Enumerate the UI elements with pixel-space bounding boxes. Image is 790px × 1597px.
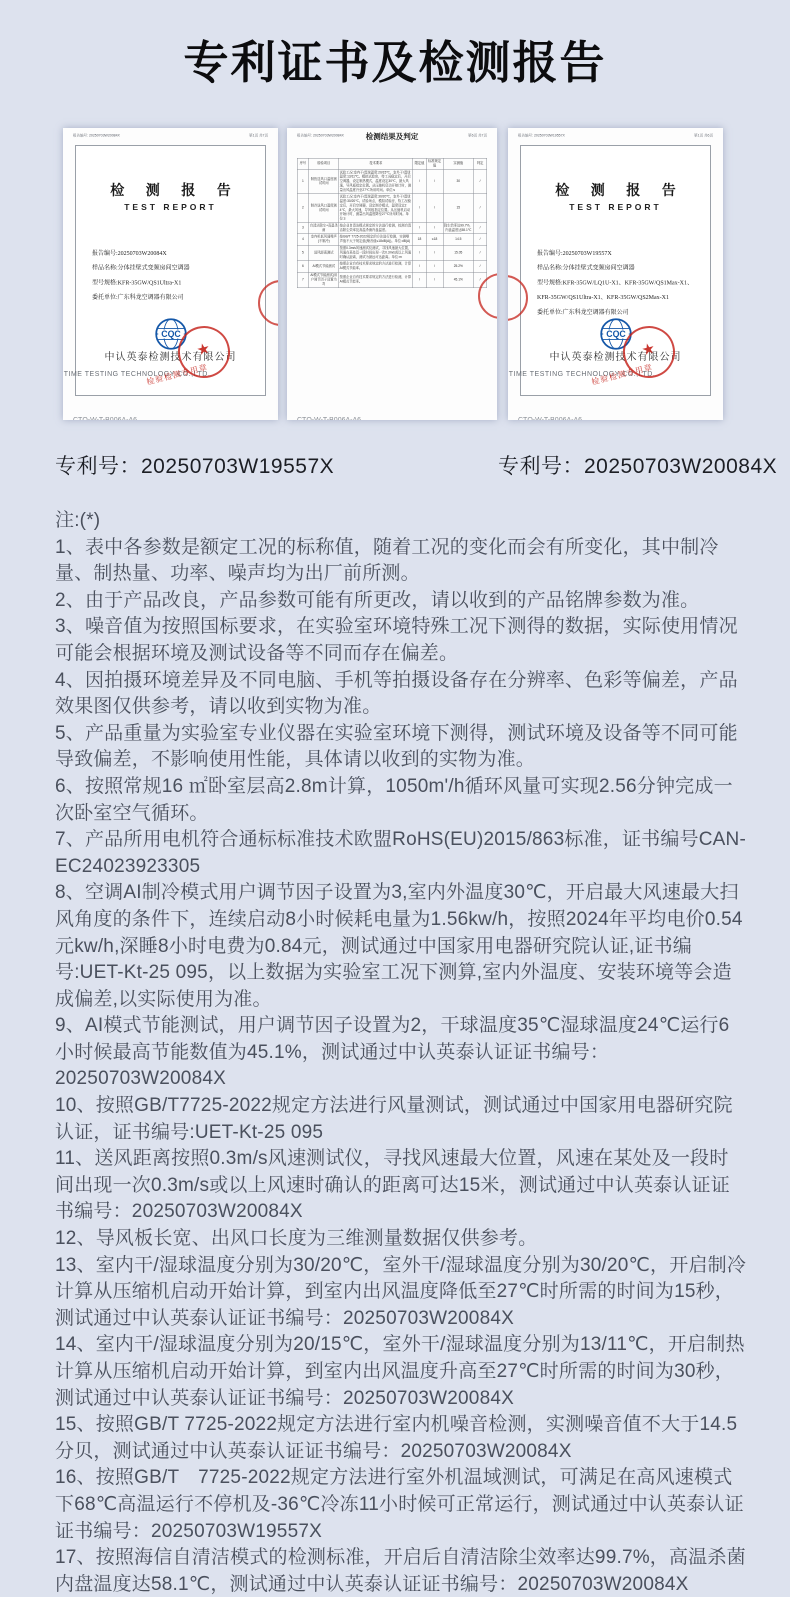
table-cell: 试验工况:室内干/湿球温度:30/20℃，室外干/湿球温度:30/20℃。试验场… <box>339 194 413 223</box>
report-inner-frame: 检 测 报 告 TEST REPORT 报告编号:20250703W19557X… <box>520 145 711 396</box>
table-cell: / <box>426 194 443 223</box>
note-item: 15、按照GB/T 7725-2022规定方法进行室内机噪音检测，实测噪音值不大… <box>55 1412 747 1465</box>
table-cell: 25.2% <box>443 261 473 272</box>
report-template-code: CTQ-W-T-B006A-A6 <box>518 417 582 420</box>
report-field-number: 报告编号:20250703W20084X <box>92 246 261 261</box>
table-cell: 按照0.3m/s风速测试仪测试，寻找风速最大位置，风速在某处及一段时间出现一次0… <box>339 245 413 261</box>
patent-number-left: 专利号：20250703W19557X <box>55 450 334 480</box>
note-item: 17、按照海信自清洁模式的检测标准，开启后自清洁除尘效率达99.7%，高温杀菌内… <box>55 1545 747 1597</box>
table-cell: / <box>426 170 443 194</box>
test-report-cover-image-2[interactable]: 报告编号: 20250703W19557X 第1页 共6页 检 测 报 告 TE… <box>508 128 723 420</box>
column-header: 限定值 <box>413 158 426 169</box>
column-header: 实测值 <box>443 158 473 169</box>
column-header: 标准规定值 <box>426 158 443 169</box>
result-table-body: 1制热送风口温度测试时间试验工况:室内干/湿球温度:20/15℃，室外干/湿球温… <box>297 170 487 288</box>
report-field-number: 报告编号:20250703W19557X <box>537 246 706 261</box>
report-field-model: 型号规格:KFR-35GW/QS1Ultra-X1 <box>92 275 261 290</box>
note-item: 13、室内干/湿球温度分别为30/20℃，室外干/湿球温度分别为30/20℃，开… <box>55 1253 747 1333</box>
table-cell: 按GB/T 7725-2022规定的方法进行检测，实测噪声值不大于规定值(噪音值… <box>339 234 413 245</box>
note-item: 14、室内干/湿球温度分别为20/15℃，室外干/湿球温度分别为13/11℃，开… <box>55 1332 747 1412</box>
test-result-table-image[interactable]: 报告编号: 20250703W20084X 第6页 共7页 检测结果及判定 序号… <box>287 128 497 420</box>
table-cell: / <box>413 245 426 261</box>
note-item: 10、按照GB/T7725-2022规定方法进行风量测试，测试通过中国家用电器研… <box>55 1093 747 1146</box>
report-number-header: 报告编号: 20250703W20084X <box>297 133 344 138</box>
notes-section: 注:(*) 1、表中各参数是额定工况的标称值，随着工况的变化而会有所变化，其中制… <box>55 508 747 1597</box>
note-item: 16、按照GB/T 7725-2022规定方法进行室外机温域测试，可满足在高风速… <box>55 1465 747 1545</box>
table-row: 4室内机低风速噪声(不制冷)按GB/T 7725-2022规定的方法进行检测，实… <box>297 234 487 245</box>
table-cell: / <box>413 170 426 194</box>
table-cell: AI模式节能测试 <box>309 261 339 272</box>
table-cell: 2 <box>297 194 308 223</box>
table-cell: 送风距离测试 <box>309 245 339 261</box>
report-field-sample: 样品名称:分体挂壁式变频房间空调器 <box>537 261 706 276</box>
table-cell: 18 <box>413 234 426 245</box>
note-item: 9、AI模式节能测试，用户调节因子设置为2，干球温度35℃湿球温度24℃运行6小… <box>55 1013 747 1093</box>
svg-text:CQC: CQC <box>161 329 181 339</box>
note-item: 3、噪音值为按照国标要求，在实验室环境特殊工况下测得的数据，实际使用情况可能会根… <box>55 614 747 667</box>
table-cell: 制冷送风口温度测试时间 <box>309 194 339 223</box>
table-cell: 1 <box>297 170 308 194</box>
table-cell: / <box>473 194 486 223</box>
report-title-cn: 检 测 报 告 <box>521 180 710 200</box>
svg-text:CQC: CQC <box>606 329 626 339</box>
patent-number-row: 专利号：20250703W19557X 专利号：20250703W20084X <box>0 450 790 480</box>
report-number-header: 报告编号: 20250703W19557X <box>518 133 565 138</box>
notes-heading: 注:(*) <box>55 508 747 535</box>
report-page-header: 报告编号: 20250703W20084X 第6页 共7页 <box>297 133 487 145</box>
table-cell: 自清洁除尘+高温杀菌 <box>309 223 339 234</box>
note-item: 12、导风板长宽、出风口长度为三维测量数据仅供参考。 <box>55 1226 747 1253</box>
table-cell: 15 <box>443 194 473 223</box>
column-header: 检验项目 <box>309 158 339 169</box>
note-item: 5、产品重量为实验室专业仪器在实验室环境下测得，测试环境及设备等不同可能导致偏差… <box>55 721 747 774</box>
column-header: 序号 <box>297 158 308 169</box>
table-cell: / <box>413 194 426 223</box>
note-item: 6、按照常规16 ㎡卧室层高2.8m计算，1050m'/h循环风量可实现2.56… <box>55 774 747 827</box>
table-cell: / <box>473 223 486 234</box>
report-field-client: 委托单位:广东科龙空调器有限公司 <box>92 290 261 305</box>
note-item: 7、产品所用电机符合通标标准技术欧盟RoHS(EU)2015/863标准，证书编… <box>55 827 747 880</box>
table-cell: 按企业自清洁模式规定的方法进行检测，检测自清洁除尘效率及高温杀菌内盘温度。 <box>339 223 413 234</box>
report-field-sample: 样品名称:分体挂壁式变频房间空调器 <box>92 261 261 276</box>
table-cell: 15.05 <box>443 245 473 261</box>
table-cell: ≤18 <box>426 234 443 245</box>
report-inner-frame: 检 测 报 告 TEST REPORT 报告编号:20250703W20084X… <box>75 145 266 396</box>
table-cell: 制热送风口温度测试时间 <box>309 170 339 194</box>
table-row: 5送风距离测试按照0.3m/s风速测试仪测试，寻找风速最大位置，风速在某处及一段… <box>297 245 487 261</box>
table-cell: 7 <box>297 272 308 288</box>
table-cell: / <box>473 170 486 194</box>
table-cell: 按照企业自有技术要求规定的方法进行检测，计算AI模式节能率。 <box>339 272 413 288</box>
table-row: 3自清洁除尘+高温杀菌按企业自清洁模式规定的方法进行检测，检测自清洁除尘效率及高… <box>297 223 487 234</box>
report-field-model: 型号规格:KFR-35GW/LQ1U-X1、KFR-35GW/QS1Max-X1… <box>537 275 706 304</box>
table-cell: / <box>426 261 443 272</box>
table-cell: / <box>473 245 486 261</box>
result-table-header-row: 序号检验项目技术要求限定值标准规定值实测值判定 <box>297 158 487 169</box>
patent-number-right: 专利号：20250703W20084X <box>498 450 777 480</box>
table-cell: 30 <box>443 170 473 194</box>
report-page-indicator: 第1页 共7页 <box>249 133 268 138</box>
table-cell: 除尘效率达99.7%，内盘温度达58.1℃ <box>443 223 473 234</box>
column-header: 技术要求 <box>339 158 413 169</box>
table-row: 2制冷送风口温度测试时间试验工况:室内干/湿球温度:30/20℃，室外干/湿球温… <box>297 194 487 223</box>
report-title-cn: 检 测 报 告 <box>76 180 265 200</box>
note-item: 1、表中各参数是额定工况的标称值，随着工况的变化而会有所变化，其中制冷量、制热量… <box>55 535 747 588</box>
report-page-indicator: 第1页 共6页 <box>694 133 713 138</box>
table-cell: 4 <box>297 234 308 245</box>
table-cell: / <box>426 245 443 261</box>
note-item: 2、由于产品改良，产品参数可能有所更改，请以收到的产品铭牌参数为准。 <box>55 588 747 615</box>
table-cell: 按照企业自有技术要求规定的方法进行检测，计算AI模式节能率。 <box>339 261 413 272</box>
table-cell: 14.5 <box>443 234 473 245</box>
table-row: 1制热送风口温度测试时间试验工况:室内干/湿球温度:20/15℃，室外干/湿球温… <box>297 170 487 194</box>
note-item: 11、送风距离按照0.3m/s风速测试仪，寻找风速最大位置，风速在某处及一段时间… <box>55 1146 747 1226</box>
table-cell: 45.1% <box>443 272 473 288</box>
table-cell: 6 <box>297 261 308 272</box>
report-page-header: 报告编号: 20250703W19557X 第1页 共6页 <box>518 133 713 145</box>
report-page-header: 报告编号: 20250703W20084X 第1页 共7页 <box>73 133 268 145</box>
table-cell: / <box>473 261 486 272</box>
report-number-header: 报告编号: 20250703W20084X <box>73 133 120 138</box>
report-page-indicator: 第6页 共7页 <box>468 133 487 138</box>
page-title: 专利证书及检测报告 <box>0 26 790 91</box>
report-template-code: CTQ-W-T-B006A-A6 <box>297 417 361 420</box>
result-table: 序号检验项目技术要求限定值标准规定值实测值判定 1制热送风口温度测试时间试验工况… <box>297 158 487 288</box>
table-cell: 5 <box>297 245 308 261</box>
test-report-cover-image-1[interactable]: 报告编号: 20250703W20084X 第1页 共7页 检 测 报 告 TE… <box>63 128 278 420</box>
table-row: 6AI模式节能测试按照企业自有技术要求规定的方法进行检测，计算AI模式节能率。/… <box>297 261 487 272</box>
table-cell: / <box>426 223 443 234</box>
table-cell: 室内机低风速噪声(不制冷) <box>309 234 339 245</box>
table-cell: 试验工况:室内干/湿球温度:20/15℃，室外干/湿球温度:13/11℃。模拟试… <box>339 170 413 194</box>
report-title-en: TEST REPORT <box>521 202 710 212</box>
note-item: 8、空调AI制冷模式用户调节因子设置为3,室内外温度30℃，开启最大风速最大扫风… <box>55 880 747 1013</box>
table-cell: / <box>426 272 443 288</box>
table-cell: / <box>413 272 426 288</box>
table-row: 7AI模式节能测试(用户调节因子设置为2)按照企业自有技术要求规定的方法进行检测… <box>297 272 487 288</box>
report-template-code: CTQ-W-T-B006A-A6 <box>73 417 137 420</box>
report-title-en: TEST REPORT <box>76 202 265 212</box>
table-cell: / <box>413 261 426 272</box>
table-cell: / <box>473 234 486 245</box>
table-cell: AI模式节能测试(用户调节因子设置为2) <box>309 272 339 288</box>
table-cell: 3 <box>297 223 308 234</box>
table-cell: / <box>413 223 426 234</box>
column-header: 判定 <box>473 158 486 169</box>
note-item: 4、因拍摄环境差异及不同电脑、手机等拍摄设备存在分辨率、色彩等偏差，产品效果图仅… <box>55 668 747 721</box>
